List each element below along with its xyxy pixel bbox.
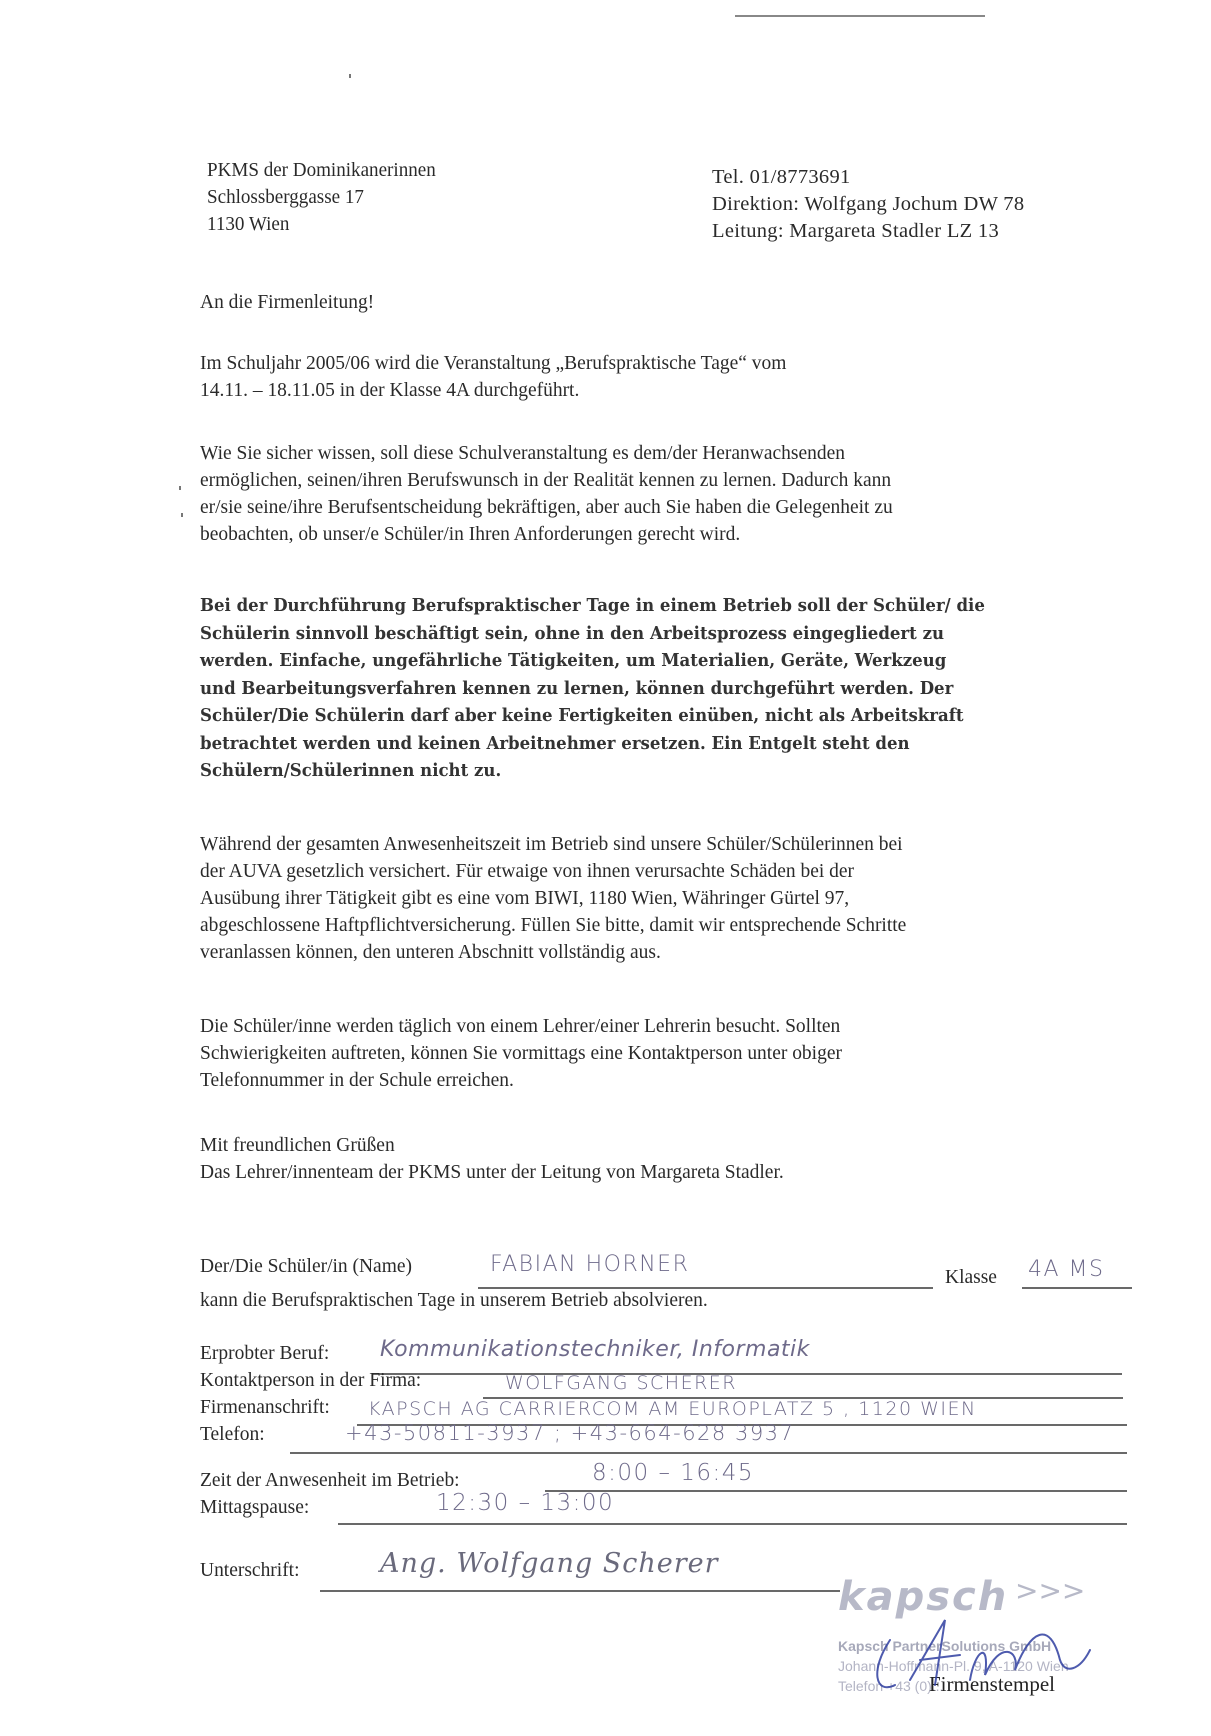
signature-label: Unterschrift: — [200, 1557, 300, 1584]
phone-underline — [290, 1452, 1127, 1454]
text-line: veranlassen können, den unteren Abschnit… — [200, 939, 906, 966]
punch-mark — [179, 486, 181, 490]
text-line: ermöglichen, seinen/ihren Berufswunsch i… — [200, 467, 893, 494]
class-field[interactable]: 4A MS — [1028, 1257, 1105, 1282]
sender-name: PKMS der Dominikanerinnen — [207, 157, 436, 184]
student-name-field[interactable]: FABIAN HORNER — [490, 1252, 689, 1277]
text-line: Ausübung ihrer Tätigkeit gibt es eine vo… — [200, 885, 906, 912]
text-line: Die Schüler/inne werden täglich von eine… — [200, 1013, 842, 1040]
text-line: Bei der Durchführung Berufspraktischer T… — [200, 592, 985, 620]
text-line: Schülern/Schülerinnen nicht zu. — [200, 757, 985, 785]
signature-underline — [320, 1590, 840, 1592]
lunch-label: Mittagspause: — [200, 1494, 309, 1521]
text-line: Im Schuljahr 2005/06 wird die Veranstalt… — [200, 350, 786, 377]
student-label: Der/Die Schüler/in (Name) — [200, 1253, 412, 1280]
class-underline — [1022, 1287, 1132, 1289]
text-line: beobachten, ob unser/e Schüler/in Ihren … — [200, 521, 893, 548]
text-line: der AUVA gesetzlich versichert. Für etwa… — [200, 858, 906, 885]
punch-mark — [181, 513, 183, 517]
text-line: Während der gesamten Anwesenheitszeit im… — [200, 831, 906, 858]
confirm-text: kann die Berufspraktischen Tage in unser… — [200, 1287, 708, 1314]
text-line: und Bearbeitungsverfahren kennen zu lern… — [200, 675, 985, 703]
paragraph-rules: Bei der Durchführung Berufspraktischer T… — [200, 592, 985, 785]
phone-line: Tel. 01/8773691 — [712, 164, 1024, 191]
scan-speck — [349, 74, 351, 78]
address-label: Firmenanschrift: — [200, 1394, 330, 1421]
sender-street: Schlossberggasse 17 — [207, 184, 436, 211]
text-line: Wie Sie sicher wissen, soll diese Schulv… — [200, 440, 893, 467]
text-line: 14.11. – 18.11.05 in der Klasse 4A durch… — [200, 377, 786, 404]
text-line: Schüler/Die Schülerin darf aber keine Fe… — [200, 702, 985, 730]
greeting: Mit freundlichen Grüßen — [200, 1132, 784, 1159]
text-line: abgeschlossene Haftpflichtversicherung. … — [200, 912, 906, 939]
company-stamp: kapsch >>> Kapsch PartnerSolutions GmbH … — [830, 1570, 1090, 1720]
job-underline — [372, 1373, 1122, 1375]
sender-city: 1130 Wien — [207, 211, 436, 238]
lunch-field[interactable]: 12:30 – 13:00 — [436, 1490, 614, 1516]
hours-field[interactable]: 8:00 – 16:45 — [592, 1460, 754, 1486]
phone-label: Telefon: — [200, 1421, 265, 1448]
text-line: Telefonnummer in der Schule erreichen. — [200, 1067, 842, 1094]
class-label: Klasse — [945, 1264, 997, 1291]
contact-label: Kontaktperson in der Firma: — [200, 1367, 421, 1394]
text-line: werden. Einfache, ungefährliche Tätigkei… — [200, 647, 985, 675]
job-label: Erprobter Beruf: — [200, 1340, 329, 1367]
contact-field[interactable]: WOLFGANG SCHERER — [505, 1372, 737, 1394]
hours-underline — [545, 1490, 1127, 1492]
salutation: An die Firmenleitung! — [200, 289, 374, 316]
job-field[interactable]: Kommunikationstechniker, Informatik — [380, 1337, 810, 1362]
direction-line: Direktion: Wolfgang Jochum DW 78 — [712, 191, 1024, 218]
sender-contact: Tel. 01/8773691 Direktion: Wolfgang Joch… — [712, 164, 1024, 245]
text-line: Schwierigkeiten auftreten, können Sie vo… — [200, 1040, 842, 1067]
sender-address: PKMS der Dominikanerinnen Schlossberggas… — [207, 157, 436, 238]
scan-top-rule — [735, 15, 985, 17]
hours-label: Zeit der Anwesenheit im Betrieb: — [200, 1467, 460, 1494]
address-field[interactable]: KAPSCH AG CARRIERCOM AM EUROPLATZ 5 , 11… — [368, 1398, 977, 1420]
phone-field[interactable]: +43-50811-3937 ; +43-664-628 3937 — [345, 1421, 794, 1445]
signature-field[interactable]: Ang. Wolfgang Scherer — [380, 1548, 719, 1579]
stamp-signature — [850, 1600, 1100, 1700]
text-line: Schülerin sinnvoll beschäftigt sein, ohn… — [200, 620, 985, 648]
paragraph-insurance: Während der gesamten Anwesenheitszeit im… — [200, 831, 906, 966]
closing: Mit freundlichen Grüßen Das Lehrer/innen… — [200, 1132, 784, 1186]
paragraph-intro: Im Schuljahr 2005/06 wird die Veranstalt… — [200, 350, 786, 404]
lunch-underline — [338, 1523, 1127, 1525]
text-line: er/sie seine/ihre Berufsentscheidung bek… — [200, 494, 893, 521]
text-line: betrachtet werden und keinen Arbeitnehme… — [200, 730, 985, 758]
management-line: Leitung: Margareta Stadler LZ 13 — [712, 218, 1024, 245]
signoff: Das Lehrer/innenteam der PKMS unter der … — [200, 1159, 784, 1186]
paragraph-purpose: Wie Sie sicher wissen, soll diese Schulv… — [200, 440, 893, 548]
paragraph-visits: Die Schüler/inne werden täglich von eine… — [200, 1013, 842, 1094]
